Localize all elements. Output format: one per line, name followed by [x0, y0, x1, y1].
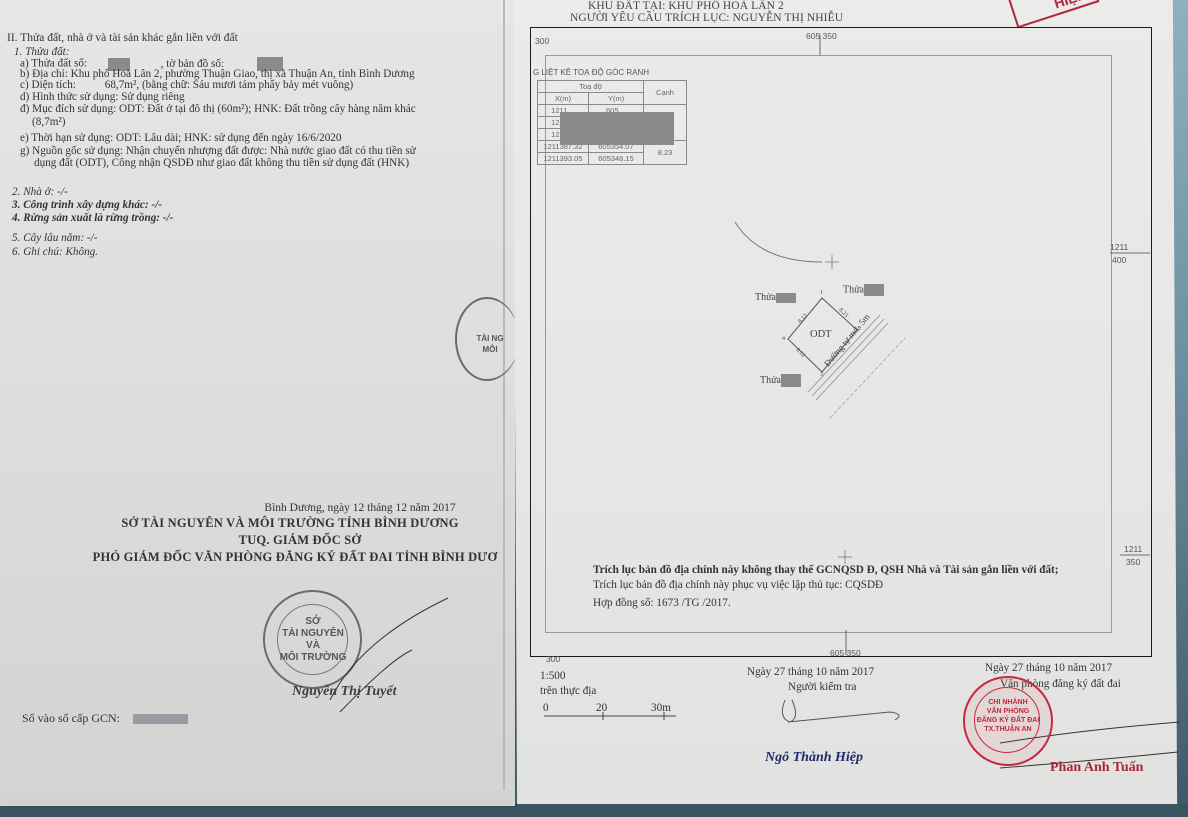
checker-date: Ngày 27 tháng 10 năm 2017 — [747, 665, 874, 679]
checker-signature-name: Ngô Thành Hiệp — [765, 750, 863, 766]
office-date: Ngày 27 tháng 10 năm 2017 — [985, 661, 1112, 675]
office-seal-line: TX.THUẬN AN — [975, 725, 1041, 734]
office-seal-line: VĂN PHÒNG — [975, 707, 1041, 716]
office-red-seal: CHI NHÁNH VĂN PHÒNG ĐĂNG KÝ ĐẤT ĐAI TX.T… — [963, 676, 1053, 766]
office-seal-text: CHI NHÁNH VĂN PHÒNG ĐĂNG KÝ ĐẤT ĐAI TX.T… — [975, 698, 1041, 734]
office-seal-line: ĐĂNG KÝ ĐẤT ĐAI — [975, 716, 1041, 725]
office-seal-line: CHI NHÁNH — [975, 698, 1041, 707]
office-signer-name: Phan Anh Tuấn — [1050, 760, 1143, 776]
checker-title: Người kiểm tra — [788, 680, 857, 694]
